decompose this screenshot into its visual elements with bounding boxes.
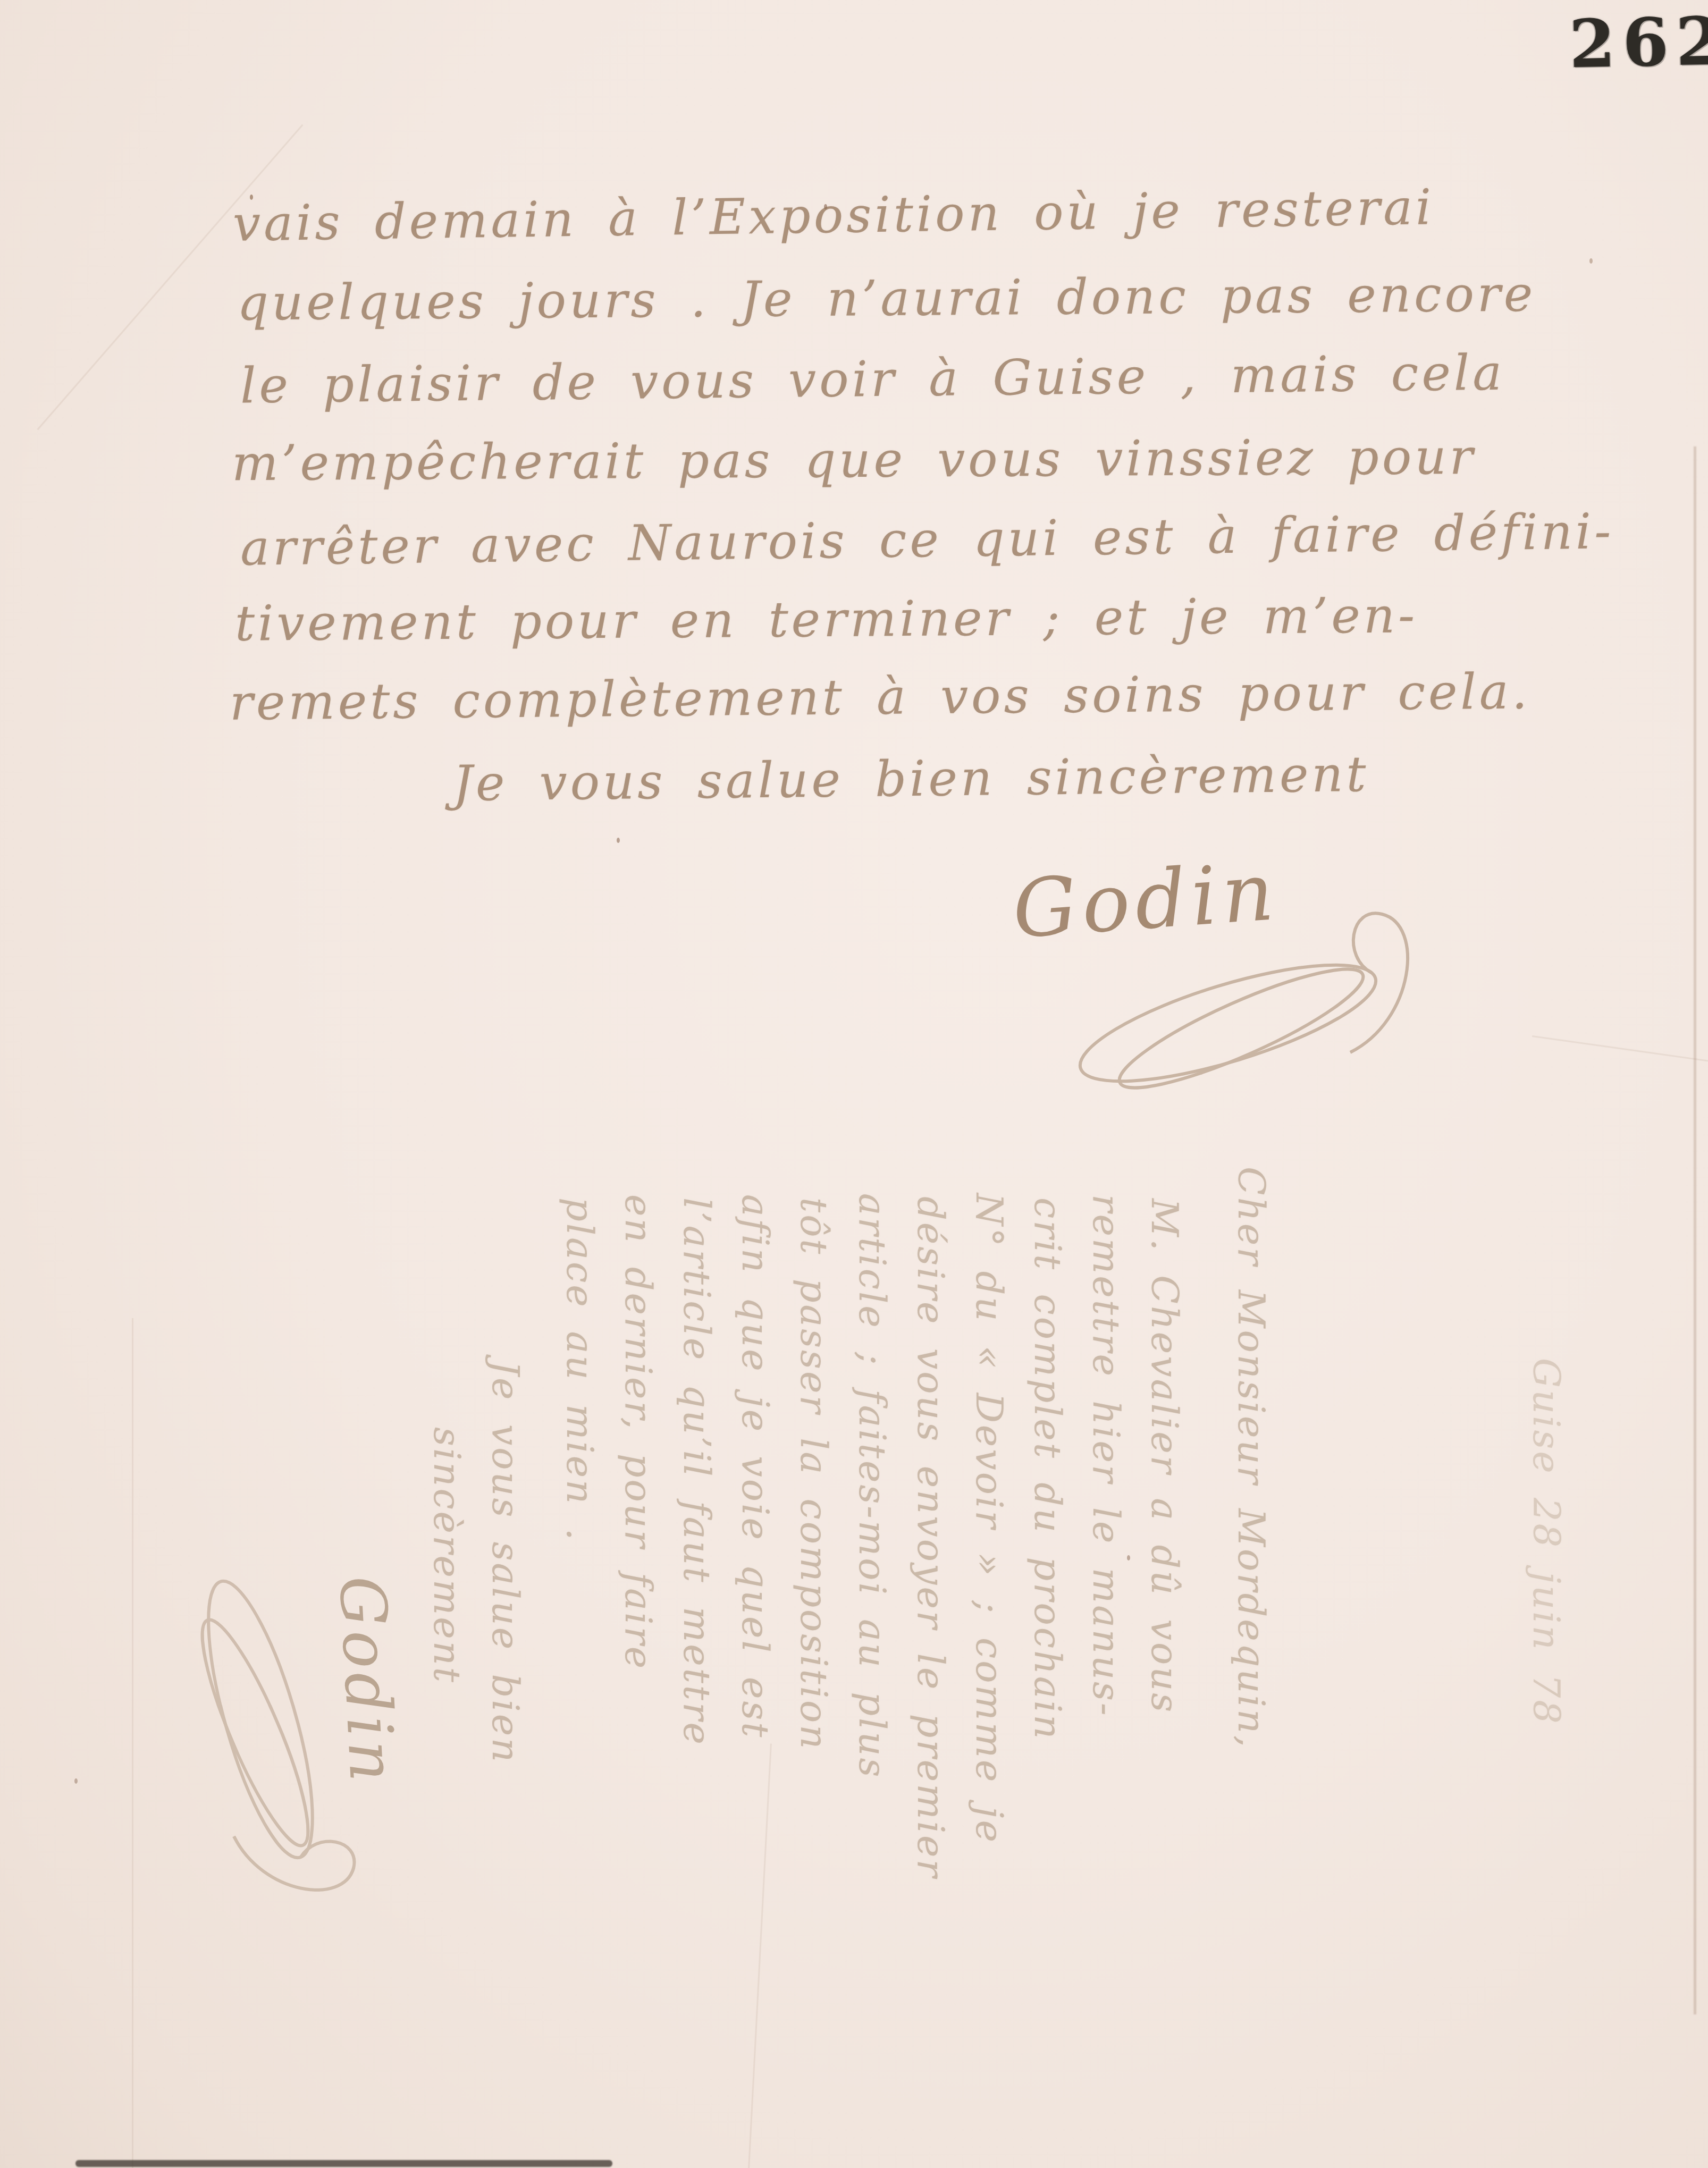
letter-line: remets complètement à vos soins pour cel… — [230, 663, 1531, 731]
letter-line: m’empêcherait pas que vous vinssiez pour — [232, 428, 1476, 492]
rotated-signature-text: Godin — [325, 1574, 409, 1787]
letter-line: tivement pour en terminer ; et je m’en- — [235, 587, 1418, 652]
letter-line: vais demain à l’Exposition où je restera… — [232, 179, 1435, 252]
rotated-closing-line: sincèrement — [425, 1427, 469, 1684]
letter-line: l’article qu’il faut mettre — [675, 1197, 719, 1747]
letter-line: remettre hier le manus- — [1084, 1194, 1128, 1718]
scanned-letter-page: 262 vais demain à l’Exposition où je res… — [0, 0, 1708, 2168]
letter-line: arrêter avec Naurois ce qui est à faire … — [240, 503, 1614, 577]
letter-line: désire vous envoyer le premier — [909, 1196, 953, 1879]
paper-edge — [1694, 446, 1696, 2014]
signature-text: Godin — [1010, 846, 1282, 957]
letter-line: tôt passer la composition — [792, 1197, 836, 1751]
letter-line: quelques jours . Je n’aurai donc pas enc… — [237, 265, 1536, 331]
letter-line: Je vous salue bien sincèrement — [452, 746, 1369, 812]
rotated-closing-line: Je vous salue bien — [484, 1361, 527, 1764]
scan-edge-shadow — [75, 2160, 612, 2167]
crease-line — [1532, 1035, 1708, 1071]
rotated-salutation: Cher Monsieur Mordequin, — [1230, 1167, 1273, 1749]
letter-line: N° du « Devoir » ; comme je — [967, 1193, 1011, 1844]
letter-line: M. Chevalier a dû vous — [1143, 1199, 1187, 1714]
letter-line: le plaisir de vous voir à Guise , mais c… — [240, 344, 1505, 415]
letter-line: afin que je voie quel est — [734, 1194, 777, 1740]
rotated-date-line: Guise 28 juin 78 — [1525, 1358, 1568, 1726]
letter-rotated: Guise 28 juin 78 Cher Monsieur Mordequin… — [186, 1129, 1568, 2033]
letter-line: article ; faites-moi au plus — [851, 1193, 894, 1779]
letter-line: en dernier, pour faire — [617, 1194, 660, 1671]
letter-line: place au mien . — [558, 1197, 602, 1542]
page-number-stamp: 262 — [1569, 3, 1708, 83]
letter-line: crit complet du prochain — [1026, 1197, 1070, 1741]
crease-line — [132, 1318, 133, 2168]
